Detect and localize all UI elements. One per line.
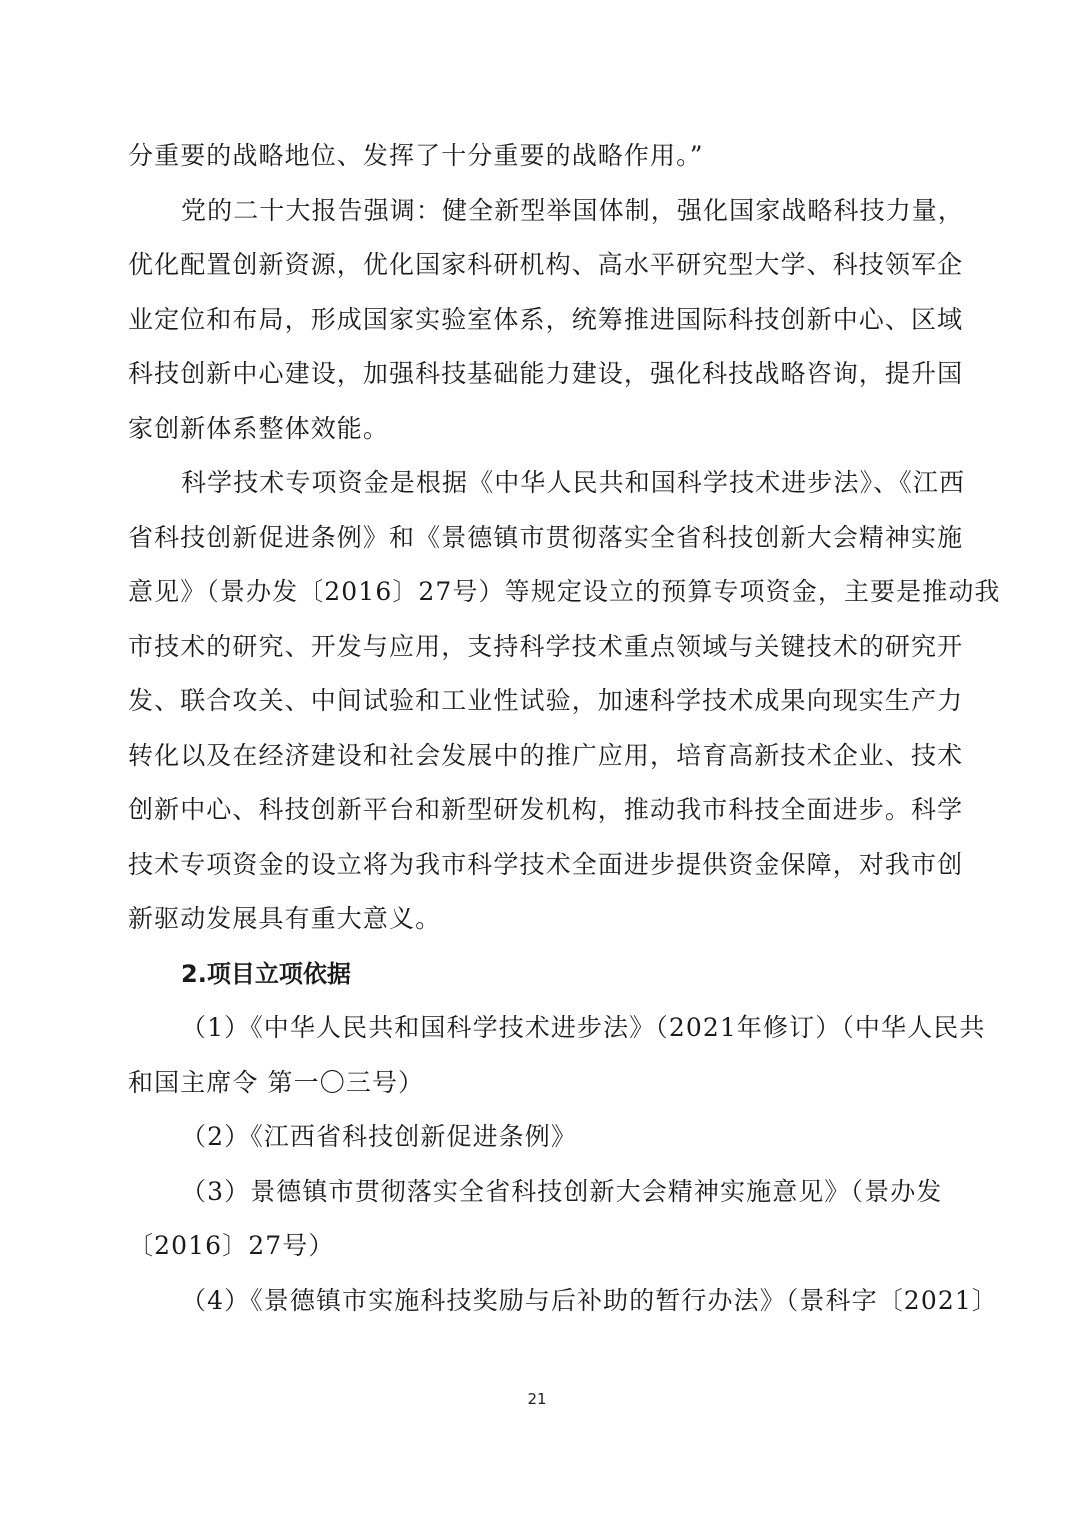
basis-item-1-continued: 和国主席令 第一〇三号）	[128, 1061, 948, 1116]
body-line: 意见》（景办发〔2016〕27号）等规定设立的预算专项资金，主要是推动我	[128, 570, 948, 625]
body-line: 转化以及在经济建设和社会发展中的推广应用，培育高新技术企业、技术	[128, 734, 948, 789]
body-line: 创新中心、科技创新平台和新型研发机构，推动我市科技全面进步。科学	[128, 788, 948, 843]
body-line: 省科技创新促进条例》和《景德镇市贯彻落实全省科技创新大会精神实施	[128, 516, 948, 571]
body-line: 新驱动发展具有重大意义。	[128, 897, 948, 952]
basis-item-1: （1）《中华人民共和国科学技术进步法》（2021年修订）（中华人民共	[128, 1006, 948, 1061]
paragraph-start-line: 科学技术专项资金是根据《中华人民共和国科学技术进步法》、《江西	[128, 461, 948, 516]
body-line: 分重要的战略地位、发挥了十分重要的战略作用。”	[128, 134, 948, 189]
basis-item-4: （4）《景德镇市实施科技奖励与后补助的暂行办法》（景科字〔2021〕	[128, 1279, 948, 1334]
basis-item-2: （2）《江西省科技创新促进条例》	[128, 1115, 948, 1170]
body-line: 技术专项资金的设立将为我市科学技术全面进步提供资金保障，对我市创	[128, 843, 948, 898]
basis-item-3: （3）景德镇市贯彻落实全省科技创新大会精神实施意见》（景办发	[128, 1170, 948, 1225]
body-line: 家创新体系整体效能。	[128, 407, 948, 462]
paragraph-start-line: 党的二十大报告强调：健全新型举国体制，强化国家战略科技力量，	[128, 189, 948, 244]
page-number: 21	[0, 1390, 1074, 1408]
body-line: 科技创新中心建设，加强科技基础能力建设，强化科技战略咨询，提升国	[128, 352, 948, 407]
body-line: 市技术的研究、开发与应用，支持科学技术重点领域与关键技术的研究开	[128, 625, 948, 680]
body-line: 优化配置创新资源，优化国家科研机构、高水平研究型大学、科技领军企	[128, 243, 948, 298]
basis-item-3-continued: 〔2016〕27号）	[128, 1224, 948, 1279]
document-page: 分重要的战略地位、发挥了十分重要的战略作用。” 党的二十大报告强调：健全新型举国…	[128, 134, 948, 1333]
body-line: 发、联合攻关、中间试验和工业性试验，加速科学技术成果向现实生产力	[128, 679, 948, 734]
body-line: 业定位和布局，形成国家实验室体系，统筹推进国际科技创新中心、区域	[128, 298, 948, 353]
section-heading: 2.项目立项依据	[128, 952, 948, 1007]
